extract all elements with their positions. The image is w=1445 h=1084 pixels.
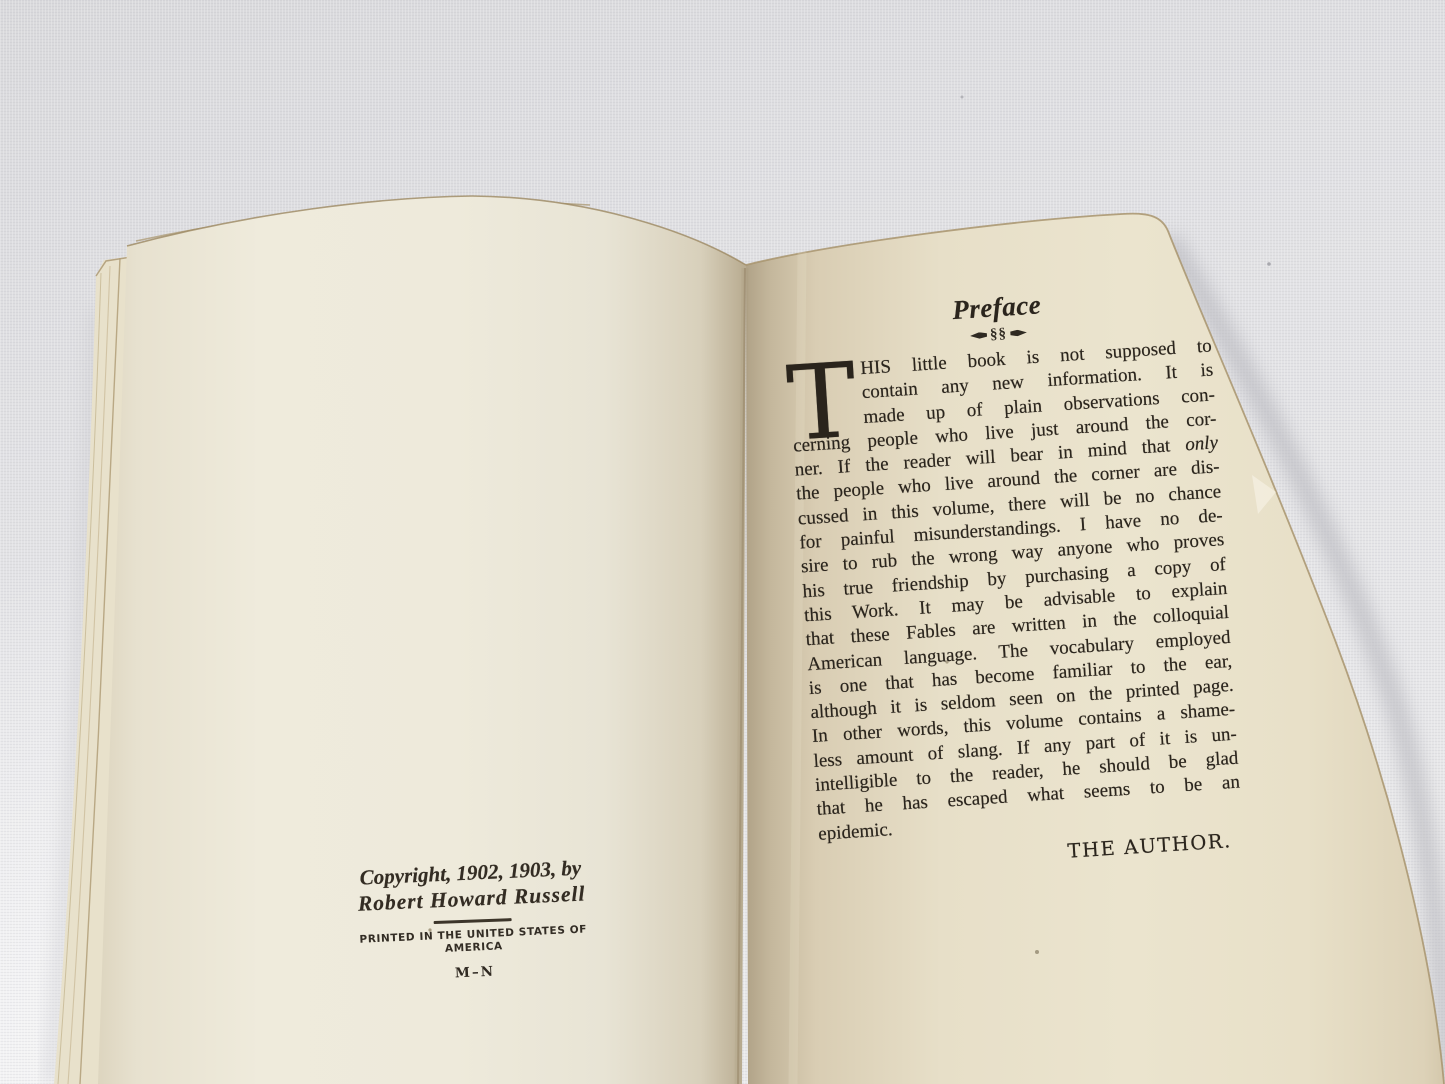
ornament-flourish-left-icon xyxy=(970,331,987,339)
book-illustration xyxy=(0,0,1445,1084)
speck xyxy=(961,96,964,99)
printed-line: PRINTED IN THE UNITED STATES OF AMERICA xyxy=(333,922,614,961)
copyright-block: Copyright, 1902, 1903, by Robert Howard … xyxy=(330,853,615,986)
divider-rule xyxy=(434,918,512,923)
preface-paragraph: T HIS little book is not supposed to con… xyxy=(788,334,1242,846)
ornament-flourish-right-icon xyxy=(1010,329,1027,337)
italic-word: only xyxy=(1185,432,1219,455)
speck xyxy=(1035,950,1039,954)
drop-cap: T xyxy=(784,350,859,457)
speck xyxy=(1267,262,1271,266)
book-photo: Copyright, 1902, 1903, by Robert Howard … xyxy=(0,0,1445,1084)
ornament-glyphs: §§ xyxy=(989,327,1007,342)
preface-block: Preface §§ T HIS little book is not supp… xyxy=(783,261,1244,879)
